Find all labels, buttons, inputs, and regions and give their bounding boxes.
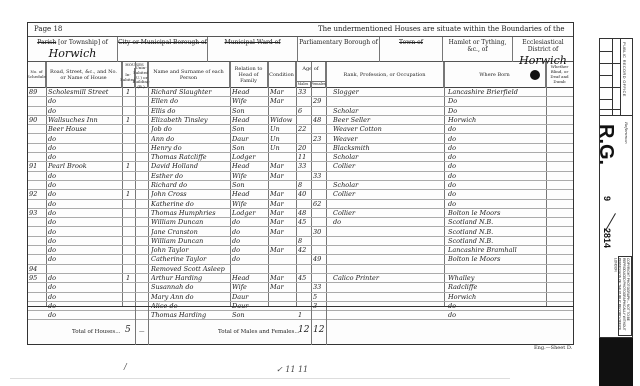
occupation xyxy=(333,200,443,209)
birthplace: Horwich xyxy=(448,293,544,302)
address: do xyxy=(48,181,120,190)
schedule-number xyxy=(29,172,45,181)
schedule-number xyxy=(29,293,45,302)
occupation xyxy=(333,255,443,264)
inhabited-count xyxy=(126,107,134,116)
age-male: 22 xyxy=(298,125,310,134)
total-persons-label: Total of Males and Females... xyxy=(218,329,300,335)
condition: Un xyxy=(270,135,295,144)
birthplace: do xyxy=(448,125,544,134)
occupation: Blacksmith xyxy=(333,144,443,153)
ink-blot-icon xyxy=(530,70,540,80)
age-female: 49 xyxy=(313,255,325,264)
occupation xyxy=(333,293,443,302)
occupation: Slogger xyxy=(333,88,443,97)
birthplace: Bolton le Moors xyxy=(448,209,544,218)
age-male: 20 xyxy=(298,144,310,153)
relation: Son xyxy=(232,107,267,116)
age-female: 33 xyxy=(313,172,325,181)
address: do xyxy=(48,255,120,264)
age-male xyxy=(298,265,310,274)
age-male xyxy=(298,255,310,264)
condition: Mar xyxy=(270,97,295,106)
table-row: doJohn TaylordoMar42Lancashire Bramhall xyxy=(28,246,573,255)
table-row: doWilliam DuncandoMar45doScotland N.B. xyxy=(28,218,573,227)
relation: Son xyxy=(232,144,267,153)
header-relation: Relation to Head of Family xyxy=(230,62,268,88)
record-office-label: PUBLIC RECORD OFFICE xyxy=(622,42,627,97)
condition: Mar xyxy=(270,200,295,209)
person-name: Catherine Taylor xyxy=(151,255,229,264)
table-row: 92do1John CrossHeadMar40Collierdo xyxy=(28,190,573,199)
boundary-ecclesiastical-district: Ecclesiastical District of Horwich xyxy=(513,37,573,62)
relation: Head xyxy=(232,274,267,283)
black-block xyxy=(599,338,633,386)
boundary-parliamentary-borough: Parliamentary Borough of xyxy=(298,37,380,62)
boundary-parish: Parish [or Township] of Horwich xyxy=(28,37,118,62)
address: Scholesmill Street xyxy=(48,88,120,97)
age-male xyxy=(298,116,310,125)
reference-strip: PUBLIC RECORD OFFICE R.G. Reference: 9 2… xyxy=(599,38,633,386)
reference-box: R.G. Reference: 9 2814 COPYRIGHT PHOTOGR… xyxy=(599,116,633,338)
age-female xyxy=(313,274,325,283)
relation: do xyxy=(232,246,267,255)
header-condition: Condition xyxy=(268,62,296,88)
birthplace: Scotland N.B. xyxy=(448,218,544,227)
inhabited-count xyxy=(126,209,134,218)
age-female: 29 xyxy=(313,97,325,106)
occupation: Scholar xyxy=(333,181,443,190)
age-male: 8 xyxy=(298,181,310,190)
occupation: Weaver Cotton xyxy=(333,125,443,134)
relation: do xyxy=(232,218,267,227)
ecclesiastical-district-label: Ecclesiastical District of xyxy=(522,39,563,53)
age-male: 45 xyxy=(298,274,310,283)
relation: do xyxy=(232,228,267,237)
birthplace: do xyxy=(448,200,544,209)
address: Pearl Brook xyxy=(48,162,120,171)
person-name: William Duncan xyxy=(151,237,229,246)
totals-row: Total of Houses... 5 — Total of Males an… xyxy=(28,306,573,344)
age-male xyxy=(298,135,310,144)
inhabited-count xyxy=(126,181,134,190)
hamlet-label: Hamlet or Tything, &c., of xyxy=(449,39,507,53)
inhabited-count xyxy=(126,265,134,274)
condition: Un xyxy=(270,125,295,134)
header-schedule: No. of Schedule xyxy=(28,62,46,88)
schedule-number xyxy=(29,135,45,144)
form-title: The undermentioned Houses are situate wi… xyxy=(318,25,565,33)
condition xyxy=(270,237,295,246)
address: do xyxy=(48,246,120,255)
birthplace: Scotland N.B. xyxy=(448,228,544,237)
inhabited-count: 1 xyxy=(126,116,134,125)
condition: Un xyxy=(270,144,295,153)
birthplace: do xyxy=(448,172,544,181)
birthplace: do xyxy=(448,144,544,153)
condition: Mar xyxy=(270,190,295,199)
condition xyxy=(270,293,295,302)
person-name: Elizabeth Tinsley xyxy=(151,116,229,125)
relation: Head xyxy=(232,88,267,97)
census-form: Page 18 The undermentioned Houses are si… xyxy=(27,22,574,345)
condition xyxy=(270,107,295,116)
relation: Head xyxy=(232,116,267,125)
schedule-number xyxy=(29,153,45,162)
age-male: 48 xyxy=(298,209,310,218)
parish-label: [or Township] of xyxy=(58,39,108,46)
reference-label: Reference: xyxy=(624,122,629,144)
person-name: Removed Scott Asleep xyxy=(151,265,229,274)
age-male xyxy=(298,172,310,181)
parliamentary-borough-label: Parliamentary Borough of xyxy=(299,39,378,46)
address: do xyxy=(48,274,120,283)
inhabited-count xyxy=(126,293,134,302)
inhabited-count: 1 xyxy=(126,88,134,97)
column-headers: No. of Schedule Road, Street, &c., and N… xyxy=(28,62,573,88)
address: do xyxy=(48,209,120,218)
relation: Son xyxy=(232,181,267,190)
occupation xyxy=(333,237,443,246)
condition: Mar xyxy=(270,162,295,171)
birthplace: Horwich xyxy=(448,116,544,125)
header-name: Name and Surname of each Person xyxy=(148,62,230,88)
birthplace: do xyxy=(448,162,544,171)
age-female xyxy=(313,125,325,134)
schedule-number: 92 xyxy=(29,190,45,199)
relation: Wife xyxy=(232,283,267,292)
inhabited-count xyxy=(126,200,134,209)
person-name: Susannah do xyxy=(151,283,229,292)
schedule-number: 91 xyxy=(29,162,45,171)
person-name: Katherine do xyxy=(151,200,229,209)
condition: Widow xyxy=(270,116,295,125)
person-name: Esther do xyxy=(151,172,229,181)
table-row: 90Wallsuches Inn1Elizabeth TinsleyHeadWi… xyxy=(28,116,573,125)
boundary-municipal-borough: City or Municipal Borough of xyxy=(118,37,208,62)
inhabited-count: 1 xyxy=(126,190,134,199)
schedule-number xyxy=(29,228,45,237)
inhabited-count xyxy=(126,172,134,181)
age-male: 42 xyxy=(298,246,310,255)
condition: Mar xyxy=(270,218,295,227)
age-female xyxy=(313,209,325,218)
table-row: 91Pearl Brook1David HollandHeadMar33Coll… xyxy=(28,162,573,171)
total-males-value: 12 xyxy=(298,325,309,335)
table-row: doKatherine doWifeMar62do xyxy=(28,200,573,209)
occupation: Scholar xyxy=(333,107,443,116)
ruler: PUBLIC RECORD OFFICE xyxy=(599,38,633,116)
birthplace: Whalley xyxy=(448,274,544,283)
age-female: 5 xyxy=(313,293,325,302)
address: do xyxy=(48,135,120,144)
schedule-number: 94 xyxy=(29,265,45,274)
sheet-label: Eng.—Sheet D. xyxy=(534,345,572,351)
town-label: Town of xyxy=(399,39,423,46)
boundary-town: Town of xyxy=(380,37,443,62)
age-female xyxy=(313,181,325,190)
address: do xyxy=(48,283,120,292)
occupation xyxy=(333,265,443,274)
relation: Lodger xyxy=(232,209,267,218)
inhabited-count xyxy=(126,255,134,264)
age-male xyxy=(298,293,310,302)
schedule-number: 95 xyxy=(29,274,45,283)
person-name: Jane Cranston xyxy=(151,228,229,237)
relation: Daur xyxy=(232,135,267,144)
person-name: Henry do xyxy=(151,144,229,153)
birthplace: do xyxy=(448,190,544,199)
address: do xyxy=(48,218,120,227)
address: do xyxy=(48,293,120,302)
header-age-males: Males xyxy=(296,81,311,88)
header-age-females: Females xyxy=(311,81,326,88)
person-name: John Cross xyxy=(151,190,229,199)
address: do xyxy=(48,97,120,106)
person-name: Richard do xyxy=(151,181,229,190)
total-houses-value: 5 xyxy=(125,325,131,335)
age-female xyxy=(313,237,325,246)
condition xyxy=(270,181,295,190)
total-uninhabited-value: — xyxy=(139,329,145,335)
ruler-line xyxy=(612,39,613,115)
person-name: Richard Slaughter xyxy=(151,88,229,97)
person-name: Thomas Humphries xyxy=(151,209,229,218)
condition: Mar xyxy=(270,172,295,181)
table-row: doCatherine Taylordo49Bolton le Moors xyxy=(28,255,573,264)
birthplace: do xyxy=(448,153,544,162)
table-row: 94Removed Scott Asleep xyxy=(28,265,573,274)
relation: Wife xyxy=(232,200,267,209)
address: do xyxy=(48,153,120,162)
age-male xyxy=(298,283,310,292)
schedule-number xyxy=(29,181,45,190)
page-number: 18 xyxy=(53,25,62,33)
occupation xyxy=(333,246,443,255)
page-label-text: Page xyxy=(34,25,51,33)
occupation: do xyxy=(333,218,443,227)
table-row: doAnn doDaurUn23Weaverdo xyxy=(28,135,573,144)
scan-edge xyxy=(10,378,510,379)
address: do xyxy=(48,190,120,199)
table-row: doJane CranstondoMar30Scotland N.B. xyxy=(28,228,573,237)
condition: Mar xyxy=(270,283,295,292)
schedule-number: 93 xyxy=(29,209,45,218)
boundaries-row: Parish [or Township] of Horwich City or … xyxy=(28,37,573,62)
relation: Lodger xyxy=(232,153,267,162)
age-female: 62 xyxy=(313,200,325,209)
condition xyxy=(270,153,295,162)
relation: Head xyxy=(232,190,267,199)
inhabited-count xyxy=(126,153,134,162)
occupation: Beer Seller xyxy=(333,116,443,125)
birthplace: do xyxy=(448,181,544,190)
header-address: Road, Street, &c., and No. or Name of Ho… xyxy=(46,62,122,88)
table-row: doHenry doSonUn20Blacksmithdo xyxy=(28,144,573,153)
total-houses-label: Total of Houses... xyxy=(72,329,120,335)
address: do xyxy=(48,144,120,153)
boundary-hamlet: Hamlet or Tything, &c., of xyxy=(443,37,513,62)
age-female xyxy=(313,153,325,162)
parish-value: Horwich xyxy=(28,47,117,60)
header-uninhabited: Unin-habited (U.) or Building (B.) xyxy=(135,68,148,88)
age-male: 33 xyxy=(298,88,310,97)
ruler-tick xyxy=(600,109,620,110)
relation: do xyxy=(232,255,267,264)
inhabited-count xyxy=(126,135,134,144)
age-female xyxy=(313,218,325,227)
schedule-number xyxy=(29,97,45,106)
schedule-number: 90 xyxy=(29,116,45,125)
occupation xyxy=(333,97,443,106)
person-name: William Duncan xyxy=(151,218,229,227)
birthplace: Do xyxy=(448,107,544,116)
schedule-number xyxy=(29,218,45,227)
header-infirmity: Whether Blind, or Deaf and Dumb xyxy=(546,62,573,88)
address: do xyxy=(48,200,120,209)
address: Wallsuches Inn xyxy=(48,116,120,125)
age-female: 48 xyxy=(313,116,325,125)
table-row: doEsther doWifeMar33do xyxy=(28,172,573,181)
occupation xyxy=(333,228,443,237)
relation: Daur xyxy=(232,293,267,302)
age-male: 33 xyxy=(298,162,310,171)
occupation: Collier xyxy=(333,162,443,171)
person-name: David Holland xyxy=(151,162,229,171)
address xyxy=(48,265,120,274)
column-divider xyxy=(326,307,327,345)
census-entries: 89Scholesmill Street1Richard SlaughterHe… xyxy=(28,88,573,308)
age-male: 8 xyxy=(298,237,310,246)
condition: Mar xyxy=(270,228,295,237)
schedule-number xyxy=(29,107,45,116)
table-row: doSusannah doWifeMar33Radcliffe xyxy=(28,283,573,292)
birthplace: Scotland N.B. xyxy=(448,237,544,246)
form-title-bar: Page 18 The undermentioned Houses are si… xyxy=(28,23,573,37)
occupation: Collier xyxy=(333,190,443,199)
age-male: 40 xyxy=(298,190,310,199)
birthplace: Do xyxy=(448,97,544,106)
header-occupation: Rank, Profession, or Occupation xyxy=(326,62,444,88)
column-divider xyxy=(148,307,149,345)
parish-label-struck: Parish xyxy=(37,39,56,46)
condition xyxy=(270,265,295,274)
inhabited-count xyxy=(126,97,134,106)
table-row: doThomas RatcliffeLodger11Scholardo xyxy=(28,153,573,162)
inhabited-count: 1 xyxy=(126,162,134,171)
copyright-notice: COPYRIGHT PHOTOGRAPH – NOT TO BE REPRODU… xyxy=(618,256,632,336)
occupation: Weaver xyxy=(333,135,443,144)
occupation: Scholar xyxy=(333,153,443,162)
municipal-ward-label: Municipal Ward of xyxy=(225,39,281,46)
age-male xyxy=(298,228,310,237)
boundary-municipal-ward: Municipal Ward of xyxy=(208,37,298,62)
table-row: doEllen doWifeMar29Do xyxy=(28,97,573,106)
series-code: R.G. xyxy=(594,124,617,165)
schedule-number xyxy=(29,200,45,209)
birthplace: Bolton le Moors xyxy=(448,255,544,264)
table-row: 93doThomas HumphriesLodgerMar48CollierBo… xyxy=(28,209,573,218)
age-female xyxy=(313,144,325,153)
birthplace: Radcliffe xyxy=(448,283,544,292)
inhabited-count xyxy=(126,125,134,134)
relation: do xyxy=(232,237,267,246)
relation: Wife xyxy=(232,172,267,181)
condition: Mar xyxy=(270,88,295,97)
address: do xyxy=(48,228,120,237)
column-divider xyxy=(135,307,136,345)
municipal-borough-label: City or Municipal Borough of xyxy=(118,39,207,46)
inhabited-count xyxy=(126,228,134,237)
age-female: 30 xyxy=(313,228,325,237)
age-male: 11 xyxy=(298,153,310,162)
birthplace: Lancashire Bramhall xyxy=(448,246,544,255)
ruler-tick xyxy=(600,63,620,64)
occupation xyxy=(333,283,443,292)
inhabited-count xyxy=(126,144,134,153)
schedule-number xyxy=(29,144,45,153)
table-row: 89Scholesmill Street1Richard SlaughterHe… xyxy=(28,88,573,97)
inhabited-count xyxy=(126,218,134,227)
age-female xyxy=(313,88,325,97)
occupation: Collier xyxy=(333,209,443,218)
condition: Mar xyxy=(270,209,295,218)
schedule-number xyxy=(29,283,45,292)
ruler-line xyxy=(620,39,621,115)
inhabited-count xyxy=(126,237,134,246)
condition: Mar xyxy=(270,274,295,283)
age-female xyxy=(313,107,325,116)
tally-mark-right: ✓ 11 11 xyxy=(276,365,308,374)
schedule-number xyxy=(29,246,45,255)
ruler-tick xyxy=(600,75,612,76)
relation: Wife xyxy=(232,97,267,106)
age-female: 23 xyxy=(313,135,325,144)
piece-number: 2814 xyxy=(602,228,612,248)
address: do xyxy=(48,237,120,246)
ruler-tick xyxy=(600,87,620,88)
person-name: Ellen do xyxy=(151,97,229,106)
piece-class: 9 xyxy=(602,196,612,201)
age-male: 45 xyxy=(298,218,310,227)
total-females-value: 12 xyxy=(313,325,324,335)
table-row: doWilliam Duncando8Scotland N.B. xyxy=(28,237,573,246)
table-row: Beer HouseJob doSonUn22Weaver Cottondo xyxy=(28,125,573,134)
age-male: 6 xyxy=(298,107,310,116)
age-male xyxy=(298,97,310,106)
age-female xyxy=(313,246,325,255)
address: do xyxy=(48,172,120,181)
schedule-number xyxy=(29,255,45,264)
birthplace: do xyxy=(448,135,544,144)
person-name: Job do xyxy=(151,125,229,134)
inhabited-count: 1 xyxy=(126,274,134,283)
person-name: Mary Ann do xyxy=(151,293,229,302)
condition xyxy=(270,255,295,264)
page-label: Page 18 xyxy=(34,25,62,33)
inhabited-count xyxy=(126,246,134,255)
ruler-tick xyxy=(600,99,612,100)
inhabited-count xyxy=(126,283,134,292)
schedule-number xyxy=(29,237,45,246)
table-row: doMary Ann doDaur5Horwich xyxy=(28,293,573,302)
ruler-tick xyxy=(600,51,612,52)
relation: Head xyxy=(232,162,267,171)
person-name: Thomas Ratcliffe xyxy=(151,153,229,162)
age-male xyxy=(298,200,310,209)
age-female xyxy=(313,265,325,274)
schedule-number: 89 xyxy=(29,88,45,97)
